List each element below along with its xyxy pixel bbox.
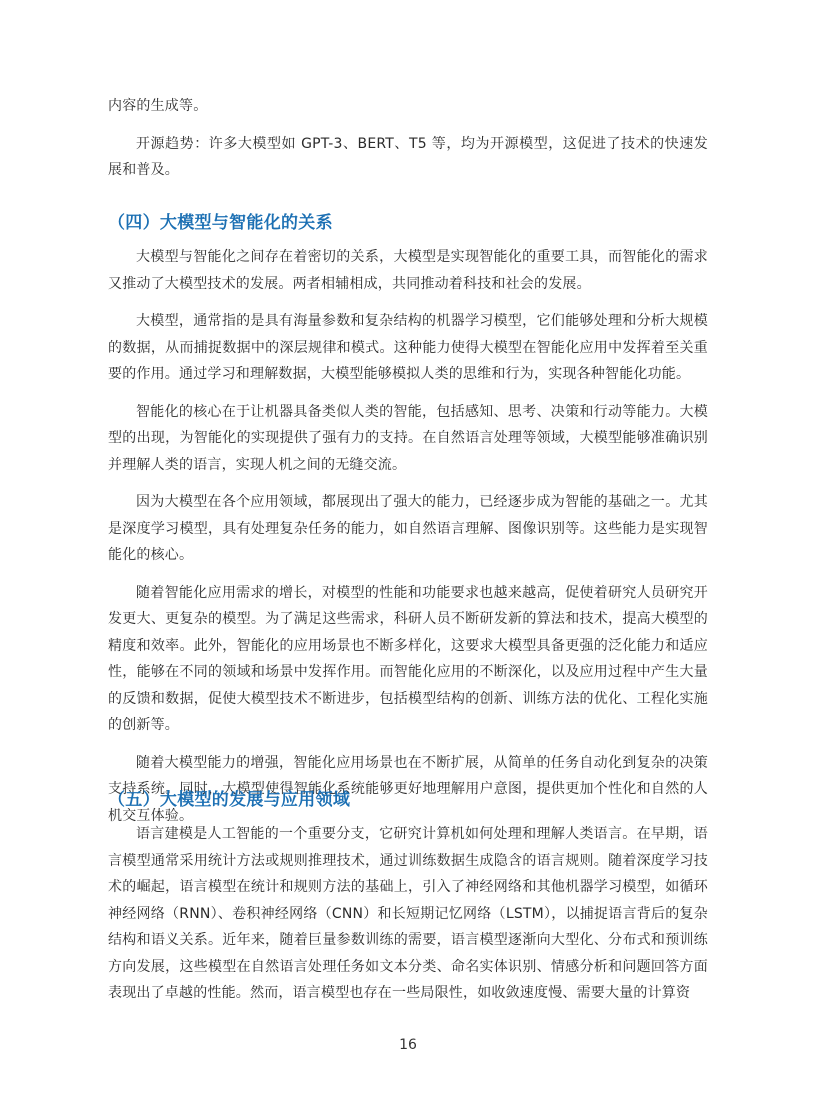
section-heading: （五）大模型的发展与应用领域 — [108, 785, 350, 810]
top-paragraphs: 内容的生成等。 开源趋势：许多大模型如 GPT-3、BERT、T5 等，均为开源… — [108, 93, 708, 184]
paragraph: 大模型与智能化之间存在着密切的关系，大模型是实现智能化的重要工具，而智能化的需求… — [108, 244, 708, 297]
section5-body: 语言建模是人工智能的一个重要分支，它研究计算机如何处理和理解人类语言。在早期，语… — [108, 821, 708, 1007]
paragraph: 语言建模是人工智能的一个重要分支，它研究计算机如何处理和理解人类语言。在早期，语… — [108, 821, 708, 1007]
section-heading: （四）大模型与智能化的关系 — [108, 208, 333, 233]
paragraph: 随着智能化应用需求的增长，对模型的性能和功能要求也越来越高，促使着研究人员研究开… — [108, 580, 708, 739]
section4-body: 大模型与智能化之间存在着密切的关系，大模型是实现智能化的重要工具，而智能化的需求… — [108, 244, 708, 829]
page-number: 16 — [0, 1037, 816, 1053]
paragraph: 智能化的核心在于让机器具备类似人类的智能，包括感知、思考、决策和行动等能力。大模… — [108, 399, 708, 479]
paragraph: 内容的生成等。 — [108, 93, 708, 120]
paragraph: 大模型，通常指的是具有海量参数和复杂结构的机器学习模型，它们能够处理和分析大规模… — [108, 308, 708, 388]
paragraph: 因为大模型在各个应用领域，都展现出了强大的能力，已经逐步成为智能的基础之一。尤其… — [108, 489, 708, 569]
paragraph: 开源趋势：许多大模型如 GPT-3、BERT、T5 等，均为开源模型，这促进了技… — [108, 131, 708, 184]
